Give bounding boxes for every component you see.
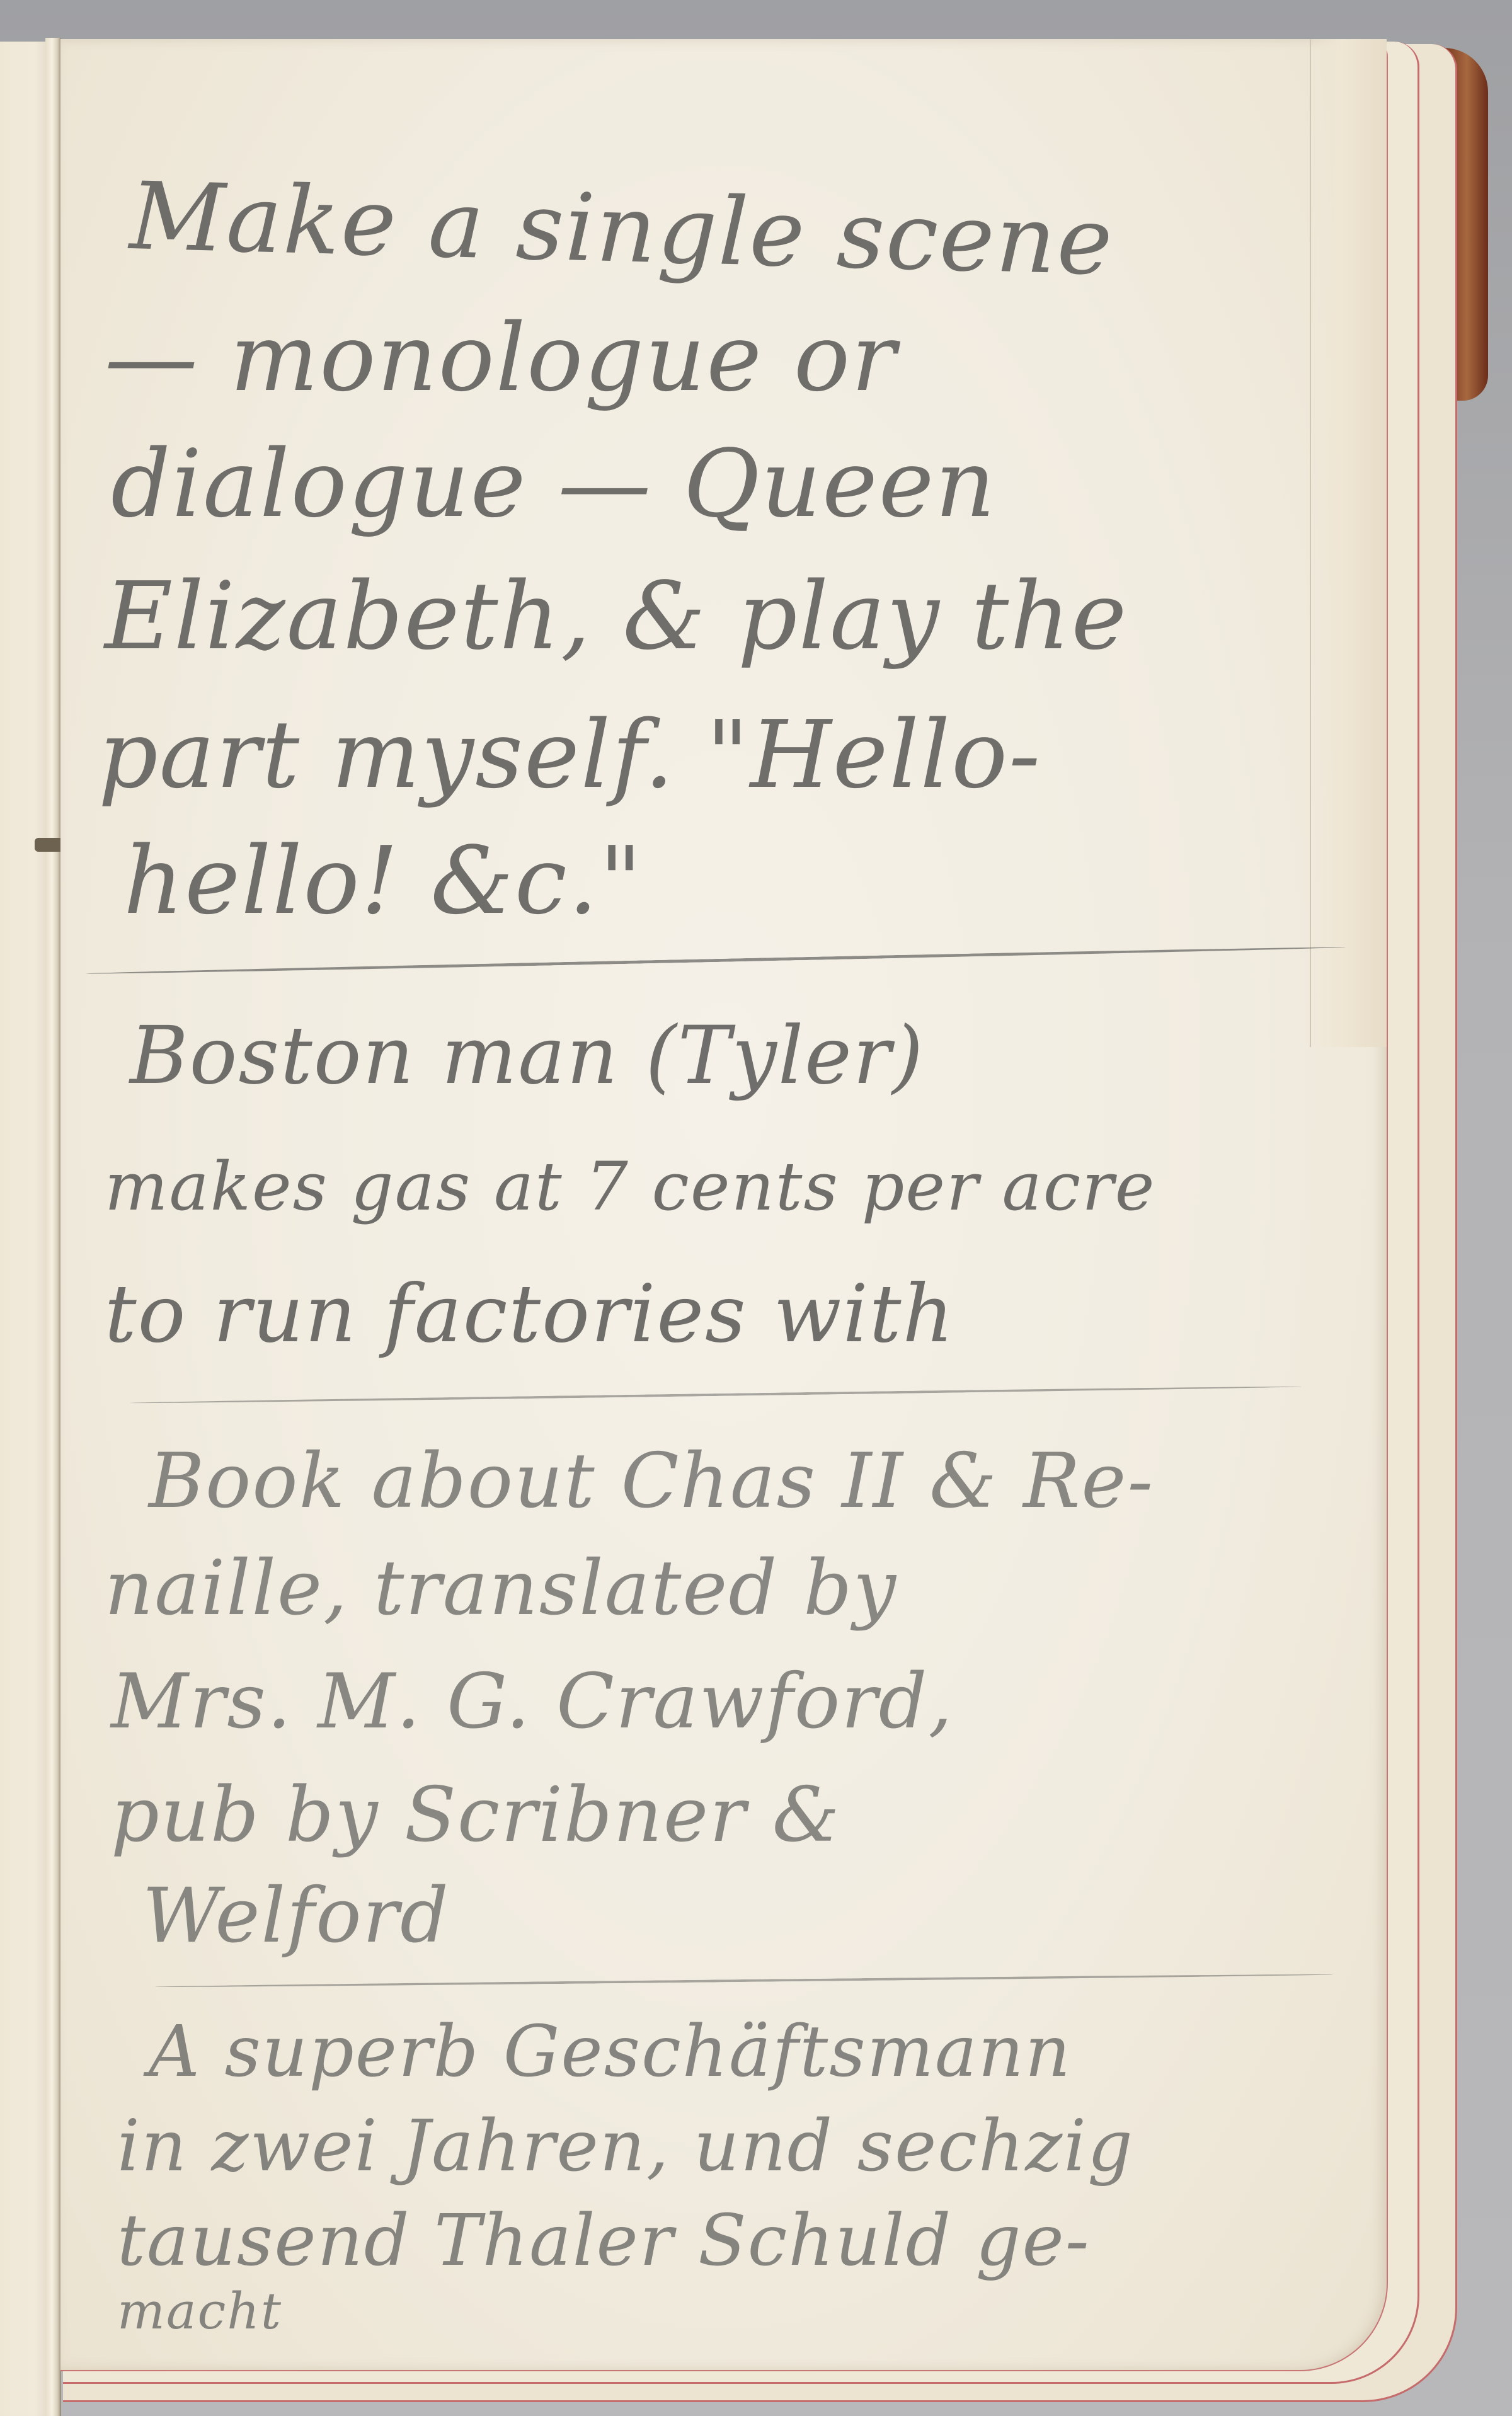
handwritten-line: macht — [117, 2282, 282, 2340]
left-facing-page — [0, 42, 49, 2416]
notebook-page: Make a single scene — monologue or dialo… — [60, 39, 1388, 2371]
note-entry-german: A superb Geschäftsmann in zwei Jahren, u… — [60, 39, 1387, 2370]
handwritten-line: tausend Thaler Schuld ge- — [117, 2200, 1091, 2282]
handwritten-line: A superb Geschäftsmann — [149, 2011, 1072, 2093]
handwritten-line: in zwei Jahren, und sechzig — [117, 2105, 1134, 2187]
binding-gutter — [45, 38, 61, 2416]
